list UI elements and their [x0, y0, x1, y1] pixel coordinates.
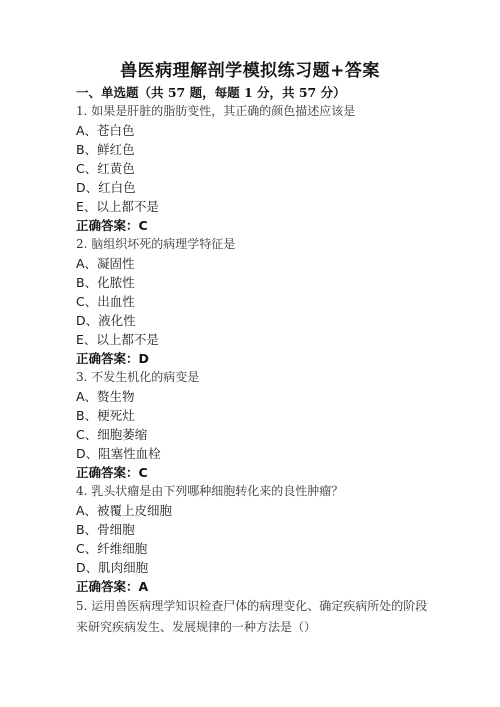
correct-answer: 正确答案：D: [76, 349, 436, 368]
question-stem-line-1: 5. 运用兽医病理学知识检查尸体的病理变化、确定疾病所处的阶段: [76, 596, 436, 617]
option-c: C、出血性: [76, 292, 436, 311]
option-b: B、鲜红色: [76, 140, 436, 159]
option-c: C、红黄色: [76, 159, 436, 178]
section-heading: 一、单选题（共 57 题，每题 1 分，共 57 分）: [76, 83, 436, 102]
option-a: A、被覆上皮细胞: [76, 501, 436, 520]
option-b: B、化脓性: [76, 273, 436, 292]
correct-answer: 正确答案：A: [76, 577, 436, 596]
question-stem: 4. 乳头状瘤是由下列哪种细胞转化来的良性肿瘤？: [76, 482, 436, 501]
question-stem: 1. 如果是肝脏的脂肪变性，其正确的颜色描述应该是: [76, 102, 436, 121]
document-title: 兽医病理解剖学模拟练习题+答案: [0, 59, 500, 83]
option-d: D、肌肉细胞: [76, 558, 436, 577]
correct-answer: 正确答案：C: [76, 463, 436, 482]
option-d: D、红白色: [76, 178, 436, 197]
option-e: E、以上都不是: [76, 197, 436, 216]
question-list: 一、单选题（共 57 题，每题 1 分，共 57 分） 1. 如果是肝脏的脂肪变…: [76, 83, 436, 638]
option-a: A、苍白色: [76, 121, 436, 140]
option-b: B、梗死灶: [76, 406, 436, 425]
question-stem-line-2: 来研究疾病发生、发展规律的一种方法是（）: [76, 617, 436, 638]
document-page: 兽医病理解剖学模拟练习题+答案 一、单选题（共 57 题，每题 1 分，共 57…: [0, 0, 500, 707]
question-stem: 2. 脑组织坏死的病理学特征是: [76, 235, 436, 254]
option-c: C、细胞萎缩: [76, 425, 436, 444]
option-b: B、骨细胞: [76, 520, 436, 539]
option-c: C、纤维细胞: [76, 539, 436, 558]
option-d: D、阻塞性血栓: [76, 444, 436, 463]
correct-answer: 正确答案：C: [76, 216, 436, 235]
option-e: E、以上都不是: [76, 330, 436, 349]
option-a: A、赘生物: [76, 387, 436, 406]
option-d: D、液化性: [76, 311, 436, 330]
option-a: A、凝固性: [76, 254, 436, 273]
question-stem: 3. 不发生机化的病变是: [76, 368, 436, 387]
